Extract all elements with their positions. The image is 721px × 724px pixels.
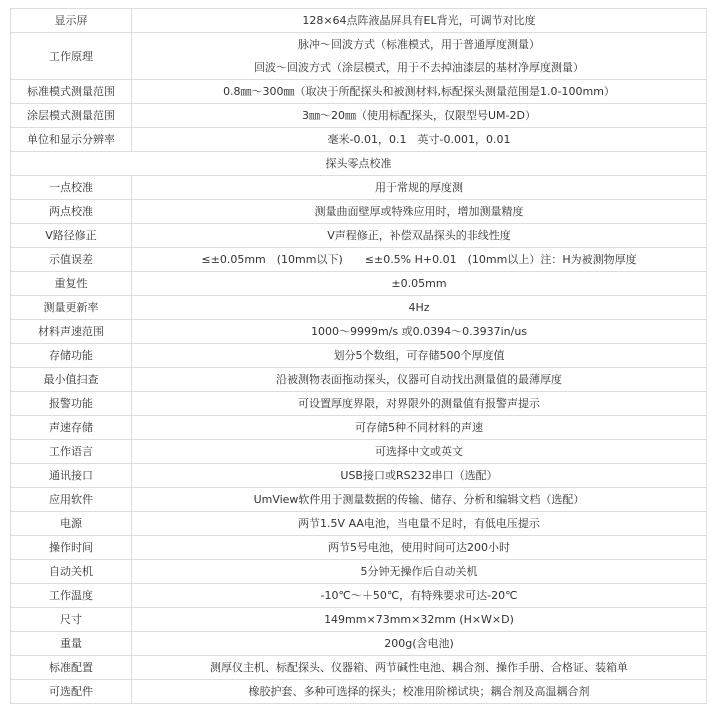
- spec-label: 通讯接口: [11, 464, 132, 488]
- spec-value: 可设置厚度界限，对界限外的测量值有报警声提示: [132, 392, 707, 416]
- spec-label: 存储功能: [11, 344, 132, 368]
- spec-value: ≤±0.05mm (10mm以下) ≤±0.5% H+0.01 (10mm以上）…: [132, 248, 707, 272]
- table-row: 单位和显示分辨率 毫米-0.01，0.1 英寸-0.001，0.01: [11, 128, 707, 152]
- table-row: V路径修正 V声程修正，补偿双晶探头的非线性度: [11, 224, 707, 248]
- table-row: 材料声速范围 1000～9999m/s 或0.0394～0.3937in/us: [11, 320, 707, 344]
- spec-value: ±0.05mm: [132, 272, 707, 296]
- spec-value: 5分钟无操作后自动关机: [132, 560, 707, 584]
- table-row: 自动关机 5分钟无操作后自动关机: [11, 560, 707, 584]
- spec-value: 可选择中文或英文: [132, 440, 707, 464]
- table-row: 应用软件 UmView软件用于测量数据的传输、储存、分析和编辑文档（选配）: [11, 488, 707, 512]
- spec-value: UmView软件用于测量数据的传输、储存、分析和编辑文档（选配）: [132, 488, 707, 512]
- spec-label: 显示屏: [11, 9, 132, 33]
- table-row: 两点校准 测量曲面壁厚或特殊应用时，增加测量精度: [11, 200, 707, 224]
- spec-label: 电源: [11, 512, 132, 536]
- table-row: 工作语言 可选择中文或英文: [11, 440, 707, 464]
- table-row: 报警功能 可设置厚度界限，对界限外的测量值有报警声提示: [11, 392, 707, 416]
- section-header: 探头零点校准: [11, 152, 707, 176]
- spec-value: 3㎜～20㎜（使用标配探头，仅限型号UM-2D）: [132, 104, 707, 128]
- table-row: 尺寸 149mm×73mm×32mm (H×W×D): [11, 608, 707, 632]
- table-row: 重量 200g(含电池): [11, 632, 707, 656]
- table-row: 重复性 ±0.05mm: [11, 272, 707, 296]
- spec-label: 尺寸: [11, 608, 132, 632]
- spec-label: 最小值扫查: [11, 368, 132, 392]
- spec-value: 1000～9999m/s 或0.0394～0.3937in/us: [132, 320, 707, 344]
- spec-label: 重量: [11, 632, 132, 656]
- spec-label: 标准配置: [11, 656, 132, 680]
- spec-label: 重复性: [11, 272, 132, 296]
- spec-value: 橡胶护套、多种可选择的探头；校准用阶梯试块；耦合剂及高温耦合剂: [132, 680, 707, 704]
- table-row: 显示屏 128×64点阵液晶屏具有EL背光，可调节对比度: [11, 9, 707, 33]
- spec-label: 涂层模式测量范围: [11, 104, 132, 128]
- table-row: 一点校准 用于常规的厚度测: [11, 176, 707, 200]
- section-row: 探头零点校准: [11, 152, 707, 176]
- spec-value: 脉冲～回波方式（标准模式，用于普通厚度测量） 回波～回波方式（涂层模式，用于不去…: [132, 33, 707, 80]
- spec-label: 声速存储: [11, 416, 132, 440]
- table-row: 涂层模式测量范围 3㎜～20㎜（使用标配探头，仅限型号UM-2D）: [11, 104, 707, 128]
- table-row: 测量更新率 4Hz: [11, 296, 707, 320]
- spec-value: 128×64点阵液晶屏具有EL背光，可调节对比度: [132, 9, 707, 33]
- spec-value: -10℃～＋50℃，有特殊要求可达-20℃: [132, 584, 707, 608]
- spec-label: 可选配件: [11, 680, 132, 704]
- spec-value: 两节1.5V AA电池，当电量不足时，有低电压提示: [132, 512, 707, 536]
- spec-value: 149mm×73mm×32mm (H×W×D): [132, 608, 707, 632]
- table-row: 示值误差 ≤±0.05mm (10mm以下) ≤±0.5% H+0.01 (10…: [11, 248, 707, 272]
- spec-label: 标准模式测量范围: [11, 80, 132, 104]
- table-row: 工作温度 -10℃～＋50℃，有特殊要求可达-20℃: [11, 584, 707, 608]
- table-row: 声速存储 可存储5种不同材料的声速: [11, 416, 707, 440]
- spec-value: 测厚仪主机、标配探头、仪器箱、两节碱性电池、耦合剂、操作手册、合格证、装箱单: [132, 656, 707, 680]
- spec-label: 示值误差: [11, 248, 132, 272]
- spec-label: 一点校准: [11, 176, 132, 200]
- spec-value: 200g(含电池): [132, 632, 707, 656]
- spec-value: 毫米-0.01，0.1 英寸-0.001，0.01: [132, 128, 707, 152]
- spec-label: 材料声速范围: [11, 320, 132, 344]
- table-row: 存储功能 划分5个数组，可存储500个厚度值: [11, 344, 707, 368]
- table-row: 通讯接口 USB接口或RS232串口（选配）: [11, 464, 707, 488]
- spec-value-line: 脉冲～回波方式（标准模式，用于普通厚度测量）: [136, 33, 702, 56]
- spec-value: USB接口或RS232串口（选配）: [132, 464, 707, 488]
- spec-label: 单位和显示分辨率: [11, 128, 132, 152]
- spec-value: 0.8㎜～300㎜（取决于所配探头和被测材料,标配探头测量范围是1.0-100m…: [132, 80, 707, 104]
- spec-label: 工作语言: [11, 440, 132, 464]
- spec-value: V声程修正，补偿双晶探头的非线性度: [132, 224, 707, 248]
- spec-table: 显示屏 128×64点阵液晶屏具有EL背光，可调节对比度 工作原理 脉冲～回波方…: [10, 8, 707, 704]
- spec-value: 沿被测物表面拖动探头，仪器可自动找出测量值的最薄厚度: [132, 368, 707, 392]
- table-row: 标准模式测量范围 0.8㎜～300㎜（取决于所配探头和被测材料,标配探头测量范围…: [11, 80, 707, 104]
- table-row: 最小值扫查 沿被测物表面拖动探头，仪器可自动找出测量值的最薄厚度: [11, 368, 707, 392]
- spec-label: 应用软件: [11, 488, 132, 512]
- spec-label: 工作原理: [11, 33, 132, 80]
- spec-label: 自动关机: [11, 560, 132, 584]
- spec-label: V路径修正: [11, 224, 132, 248]
- spec-value: 4Hz: [132, 296, 707, 320]
- spec-label: 两点校准: [11, 200, 132, 224]
- table-row: 可选配件 橡胶护套、多种可选择的探头；校准用阶梯试块；耦合剂及高温耦合剂: [11, 680, 707, 704]
- spec-value: 测量曲面壁厚或特殊应用时，增加测量精度: [132, 200, 707, 224]
- spec-value-line: 回波～回波方式（涂层模式，用于不去掉油漆层的基材净厚度测量）: [136, 56, 702, 79]
- table-row: 工作原理 脉冲～回波方式（标准模式，用于普通厚度测量） 回波～回波方式（涂层模式…: [11, 33, 707, 80]
- spec-label: 报警功能: [11, 392, 132, 416]
- spec-value: 用于常规的厚度测: [132, 176, 707, 200]
- spec-label: 操作时间: [11, 536, 132, 560]
- table-row: 操作时间 两节5号电池，使用时间可达200小时: [11, 536, 707, 560]
- spec-label: 工作温度: [11, 584, 132, 608]
- spec-value: 可存储5种不同材料的声速: [132, 416, 707, 440]
- spec-label: 测量更新率: [11, 296, 132, 320]
- spec-value: 两节5号电池，使用时间可达200小时: [132, 536, 707, 560]
- table-row: 标准配置 测厚仪主机、标配探头、仪器箱、两节碱性电池、耦合剂、操作手册、合格证、…: [11, 656, 707, 680]
- table-row: 电源 两节1.5V AA电池，当电量不足时，有低电压提示: [11, 512, 707, 536]
- spec-value: 划分5个数组，可存储500个厚度值: [132, 344, 707, 368]
